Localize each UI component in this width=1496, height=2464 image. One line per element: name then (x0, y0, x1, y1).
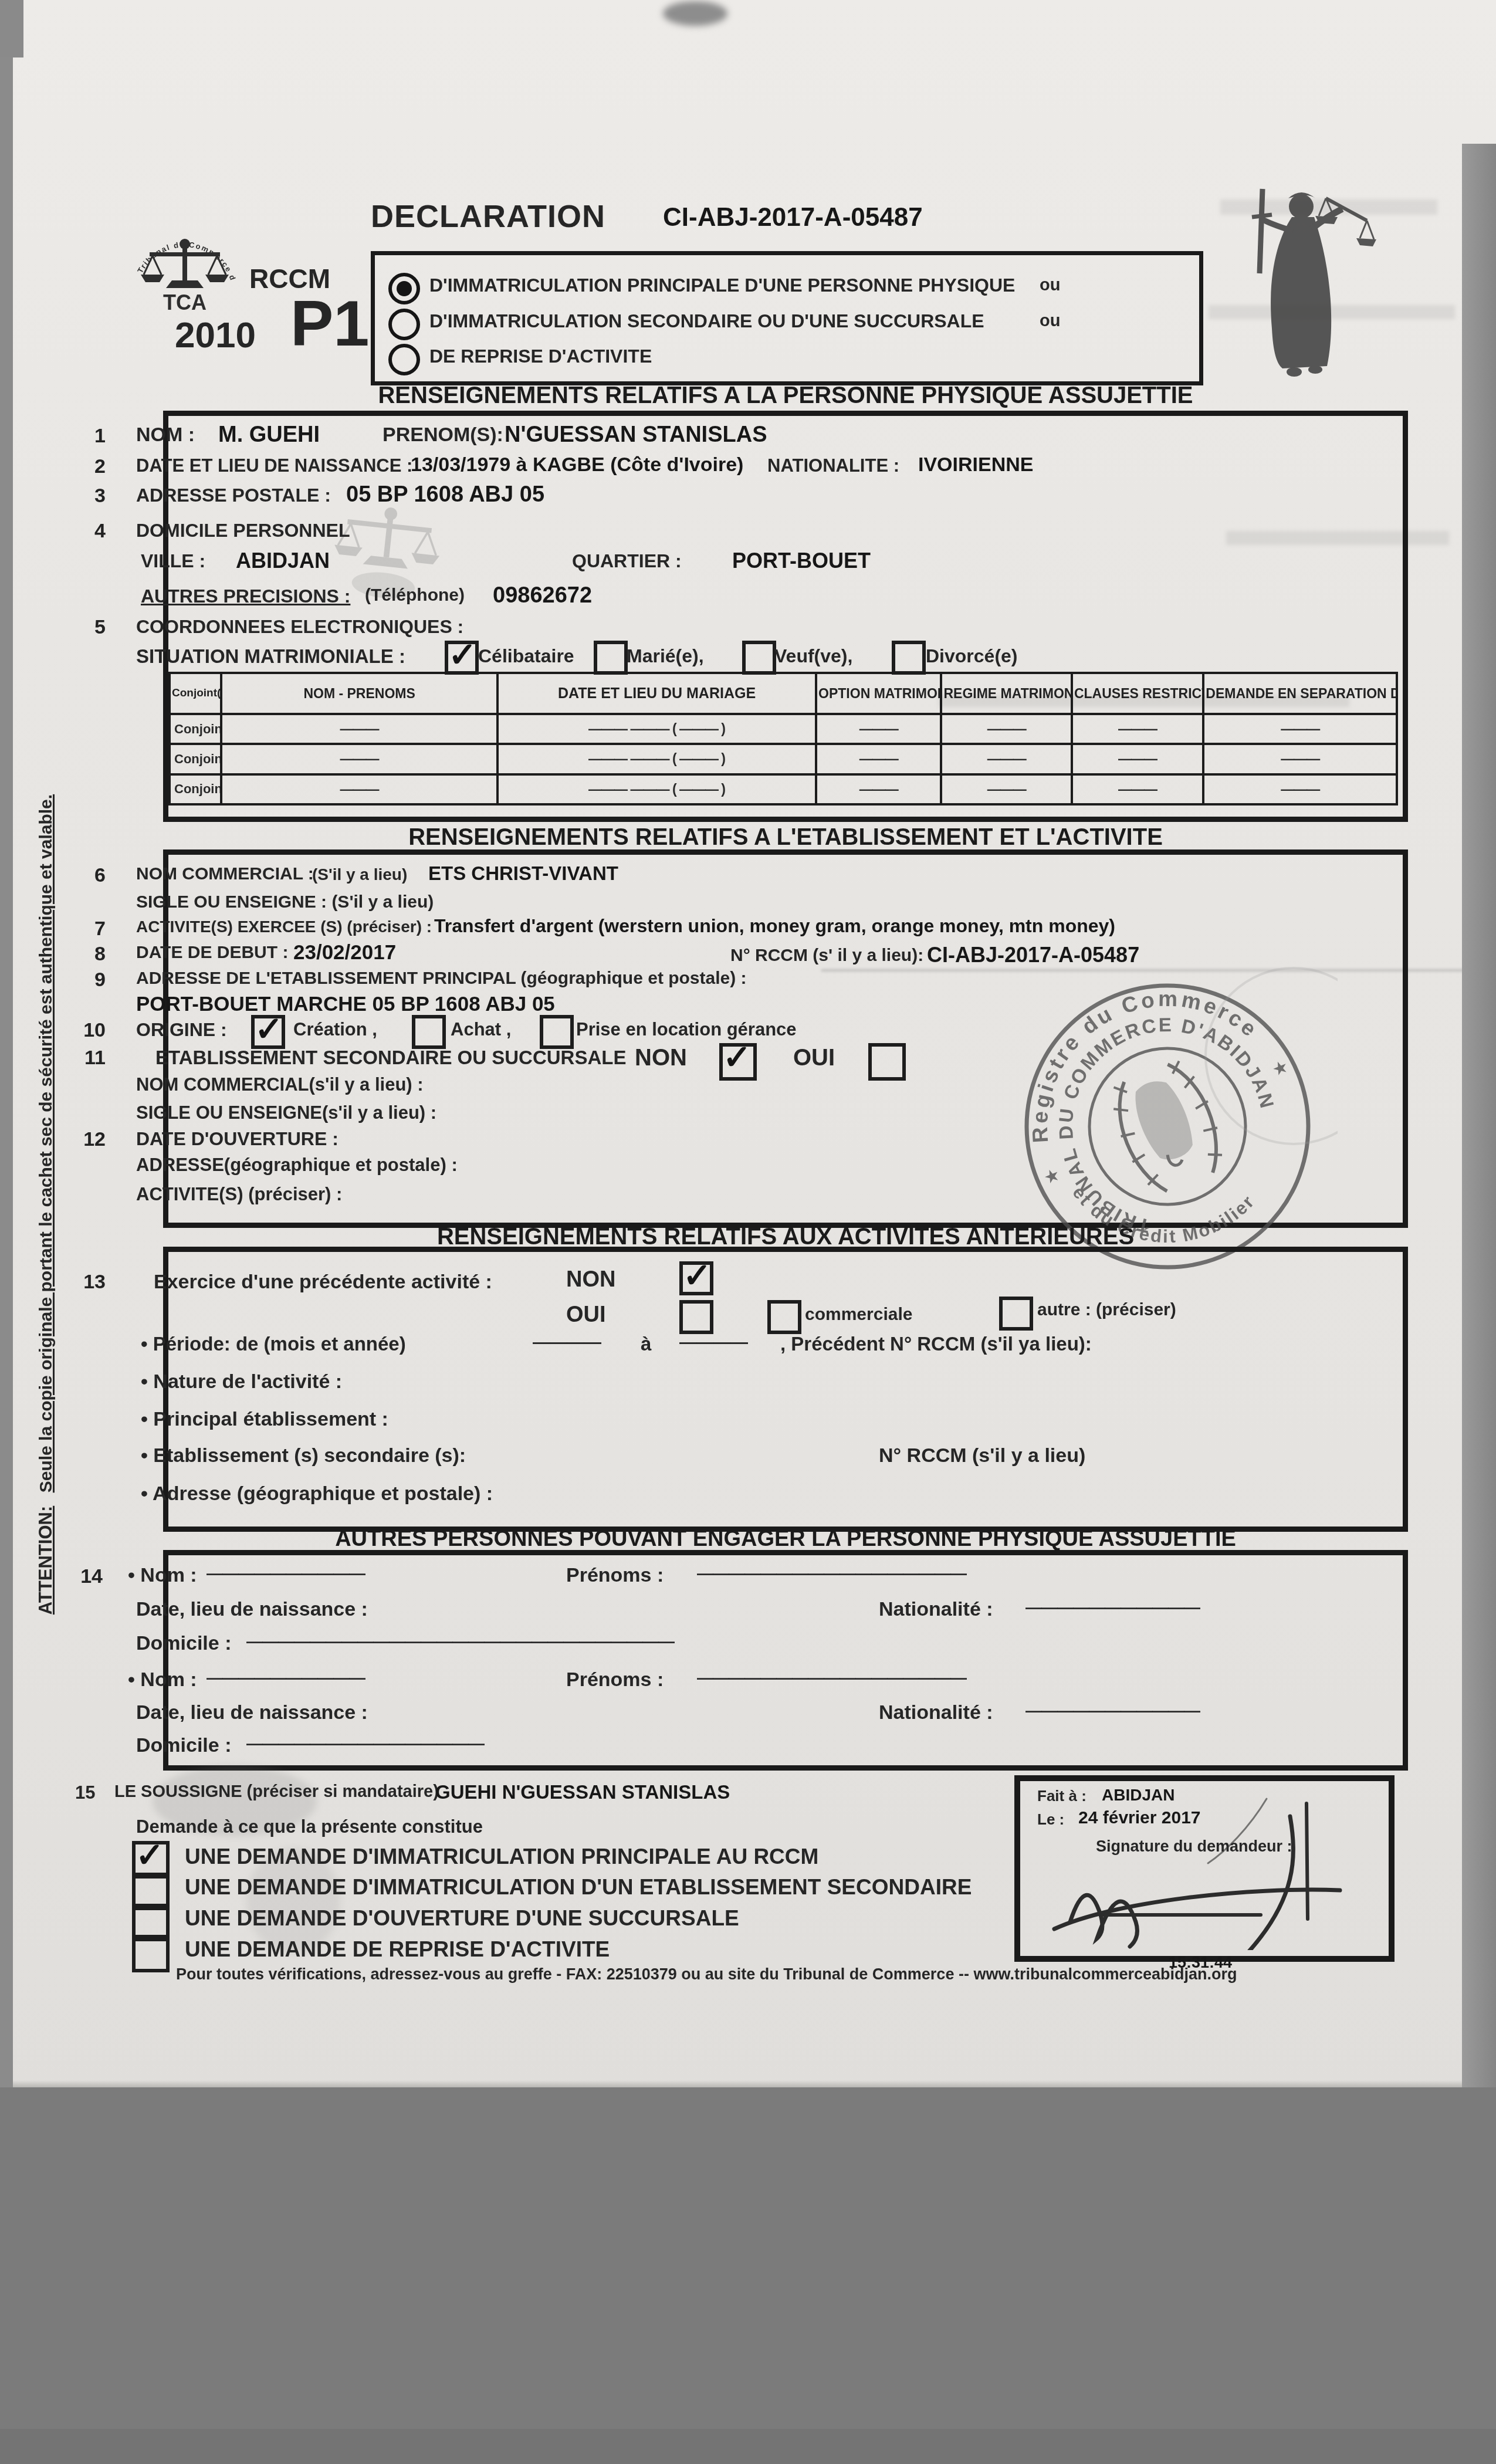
cell: ——— (221, 774, 497, 804)
checkbox-celibataire (445, 641, 479, 675)
cell: ——— (941, 744, 1071, 774)
checkbox-non-precedente (679, 1261, 713, 1295)
scanner-background-edge (0, 2429, 1496, 2464)
nom-commercial2-label: NOM COMMERCIAL(s'il y a lieu) : (136, 1074, 424, 1095)
cell: ——— (816, 744, 941, 774)
nationalite-value: IVOIRIENNE (918, 453, 1033, 476)
col-header: REGIME MATRIMONIAL (941, 673, 1071, 714)
soussigne-value: GUEHI N'GUESSAN STANISLAS (435, 1781, 730, 1803)
checkbox-divorce (892, 641, 926, 675)
quartier-label: QUARTIER : (572, 550, 682, 572)
lady-justice-icon (1226, 181, 1379, 380)
adresse2-label: ADRESSE(géographique et postale) : (136, 1155, 458, 1176)
attention-prefix: ATTENTION: (35, 1506, 56, 1615)
scanner-left-strip (0, 56, 13, 2087)
tca-arc-text: Tribunal de Commerce d'Abidjan (126, 222, 238, 282)
marie-label: Marié(e), (627, 645, 704, 667)
divorce-label: Divorcé(e) (926, 645, 1018, 667)
nom-value: M. GUEHI (218, 422, 320, 448)
periode-label: • Période: de (mois et année) (141, 1333, 406, 1355)
col-header: CLAUSES RESTRICTIVES (1072, 673, 1203, 714)
nom-commercial-hint: (S'il y a lieu) (312, 865, 407, 884)
section2-title: RENSEIGNEMENTS RELATIFS A L'ETABLISSEMEN… (163, 824, 1408, 851)
rccm-year: 2010 (175, 314, 256, 356)
form-code-p1: P1 (290, 286, 370, 361)
tca-text: TCA (163, 290, 207, 314)
adresse-postale-value: 05 BP 1608 ABJ 05 (346, 482, 544, 507)
adresse-geo-label: • Adresse (géographique et postale) : (141, 1483, 493, 1505)
field-number-2: 2 (65, 455, 106, 478)
demande-succursale-label: UNE DEMANDE D'OUVERTURE D'UNE SUCCURSALE (185, 1906, 739, 1931)
domicile-personnel-label: DOMICILE PERSONNEL (136, 520, 350, 541)
veuf-label: Veuf(ve), (774, 645, 852, 667)
cell: ——— (221, 744, 497, 774)
table-row: Conjoint 3 ——— ——— ——— ( ——— ) ——— ——— —… (170, 774, 1397, 804)
autre-label: autre : (préciser) (1037, 1300, 1176, 1320)
precedent-rccm-label: , Précédent N° RCCM (s'il ya lieu): (780, 1333, 1092, 1355)
field-number-8: 8 (65, 943, 106, 966)
non-label: NON (635, 1045, 687, 1071)
activites2-label: ACTIVITE(S) (préciser) : (136, 1184, 342, 1205)
cell: ——— ——— ( ——— ) (497, 774, 816, 804)
demande-principale-label: UNE DEMANDE D'IMMATRICULATION PRINCIPALE… (185, 1844, 818, 1869)
cell: ——— (816, 774, 941, 804)
rccm-lieu-label: N° RCCM (s'il y a lieu) (879, 1444, 1085, 1467)
demande-secondaire-label: UNE DEMANDE D'IMMATRICULATION D'UN ETABL… (185, 1875, 972, 1900)
adresse-etablissement-label: ADRESSE DE L'ETABLISSEMENT PRINCIPAL (gé… (136, 969, 747, 989)
prenom-value: N'GUESSAN STANISLAS (505, 422, 767, 448)
date-debut-label: DATE DE DEBUT : (136, 943, 288, 963)
field-number-10: 10 (65, 1019, 106, 1042)
radio-suffix: ou (1040, 312, 1060, 331)
cell: ——— (816, 714, 941, 744)
periode-dash1: ———— (533, 1333, 601, 1353)
numero-rccm-label: N° RCCM (s' il y a lieu): (730, 946, 923, 966)
cell: Conjoint 1 (170, 714, 221, 744)
domicile2-dashes: ——————————————— (246, 1734, 484, 1753)
cell: Conjoint 2 (170, 744, 221, 774)
checkbox-demande-reprise (132, 1935, 170, 1972)
field-number-4: 4 (65, 520, 106, 543)
commerciale-label: commerciale (805, 1305, 912, 1325)
cell: ——— (941, 714, 1071, 744)
checkbox-non (719, 1043, 757, 1081)
radio-reprise-activite (388, 344, 420, 375)
cell: ——— (1203, 714, 1397, 744)
scanner-corner-block (0, 0, 23, 57)
nom2-dashes: —————————— (207, 1668, 365, 1687)
cell: ——— (1072, 774, 1203, 804)
domicile-dashes: ——————————————————————————— (246, 1632, 674, 1651)
field-number-11: 11 (65, 1047, 106, 1069)
checkbox-commerciale (767, 1300, 801, 1334)
quartier-value: PORT-BOUET (732, 549, 871, 573)
oui-label: OUI (793, 1045, 835, 1071)
nationalite2-dashes: ——————————— (1025, 1701, 1200, 1720)
celibataire-label: Célibataire (478, 645, 574, 667)
nom-dashes: —————————— (207, 1564, 365, 1583)
checkbox-oui (868, 1043, 906, 1081)
checkbox-creation (251, 1015, 285, 1049)
radio-immatriculation-principale (388, 273, 420, 304)
activites-value: Transfert d'argent (werstern union, mone… (434, 915, 1115, 937)
domicile2-label: Domicile : (136, 1734, 231, 1757)
prenoms-label: Prénoms : (566, 1564, 664, 1587)
checkbox-achat (412, 1015, 446, 1049)
situation-matrimoniale-label: SITUATION MATRIMONIALE : (136, 645, 405, 668)
field-number-3: 3 (65, 485, 106, 507)
telephone-label: (Téléphone) (365, 585, 465, 605)
nationalite-label: Nationalité : (879, 1598, 993, 1621)
checkbox-autre (999, 1297, 1033, 1331)
naissance2-label: Date, lieu de naissance : (136, 1701, 368, 1724)
periode-dash2: ———— (679, 1333, 747, 1353)
cell: ——— ——— ( ——— ) (497, 744, 816, 774)
naissance-value: 13/03/1979 à KAGBE (Côte d'Ivoire) (411, 453, 743, 476)
stamp-star-left: ★ (1041, 1165, 1062, 1189)
signature-scribble (1014, 1775, 1383, 1950)
field-number-12: 12 (65, 1128, 106, 1151)
oui-label: OUI (566, 1302, 606, 1328)
document-title: DECLARATION (371, 198, 605, 235)
nom2-label: • Nom : (128, 1668, 197, 1691)
origine-label: ORIGINE : (136, 1019, 227, 1041)
field-number-15: 15 (75, 1782, 95, 1803)
nationalite-label: NATIONALITE : (767, 455, 899, 476)
field-number-1: 1 (65, 425, 106, 448)
prenoms2-dashes: ————————————————— (697, 1668, 966, 1687)
naissance-label: Date, lieu de naissance : (136, 1598, 368, 1621)
demande-reprise-label: UNE DEMANDE DE REPRISE D'ACTIVITE (185, 1937, 610, 1962)
stamp-star-right: ★ (1270, 1057, 1291, 1081)
page-bottom-shadow (0, 2080, 1496, 2087)
field-number-14: 14 (62, 1565, 103, 1588)
cell: Conjoint 3 (170, 774, 221, 804)
date-ouverture-label: DATE D'OUVERTURE : (136, 1128, 339, 1150)
field-number-5: 5 (65, 616, 106, 639)
nom-commercial-value: ETS CHRIST-VIVANT (428, 862, 618, 885)
ville-label: VILLE : (141, 550, 205, 572)
coordonnees-label: COORDONNEES ELECTRONIQUES : (136, 616, 463, 638)
table-row: Conjoint 1 ——— ——— ——— ( ——— ) ——— ——— —… (170, 714, 1397, 744)
conjoints-table: Conjoint(s) NOM - PRENOMS DATE ET LIEU D… (168, 672, 1398, 805)
location-gerance-label: Prise en location gérance (576, 1019, 797, 1040)
nom-label: • Nom : (128, 1564, 197, 1587)
prenoms-dashes: ————————————————— (697, 1564, 966, 1583)
nationalite2-label: Nationalité : (879, 1701, 993, 1724)
field-number-6: 6 (65, 864, 106, 887)
cell: ——— (1203, 774, 1397, 804)
declaration-number: CI-ABJ-2017-A-05487 (663, 203, 923, 232)
radio-label: DE REPRISE D'ACTIVITE (429, 346, 652, 367)
adresse-postale-label: ADRESSE POSTALE : (136, 485, 331, 506)
principal-etablissement-label: • Principal établissement : (141, 1408, 388, 1431)
domicile-label: Domicile : (136, 1632, 231, 1655)
etablissement-secondaire-label: • Etablissement (s) secondaire (s): (141, 1444, 466, 1467)
col-header: NOM - PRENOMS (221, 673, 497, 714)
field-number-13: 13 (65, 1271, 106, 1294)
checkbox-marie (594, 641, 628, 675)
checkbox-location-gerance (540, 1015, 574, 1049)
cell: ——— (221, 714, 497, 744)
side-attention-note: ATTENTION: Seule la copie originale port… (35, 764, 56, 1644)
svg-text:Tribunal de Commerce d'Abidjan: Tribunal de Commerce d'Abidjan (126, 222, 238, 282)
radio-label: D'IMMATRICULATION SECONDAIRE OU D'UNE SU… (429, 310, 984, 332)
non-label: NON (566, 1267, 615, 1292)
section1-title: RENSEIGNEMENTS RELATIFS A LA PERSONNE PH… (163, 383, 1408, 409)
col-header: OPTION MATRIMONIALE (816, 673, 941, 714)
demande-intro: Demande à ce que la présente constitue (136, 1816, 483, 1837)
scan-smudge (663, 1, 727, 26)
stamp-elephant-emblem (1127, 1074, 1200, 1166)
col-header: DEMANDE EN SEPARATION DE BIENS (1203, 673, 1397, 714)
prenoms2-label: Prénoms : (566, 1668, 664, 1691)
telephone-value: 09862672 (493, 583, 592, 608)
autres-precisions-label: AUTRES PRECISIONS : (141, 585, 350, 607)
nature-activite-label: • Nature de l'activité : (141, 1370, 342, 1393)
cell: ——— (1072, 744, 1203, 774)
cell: ——— ——— ( ——— ) (497, 714, 816, 744)
radio-label: D'IMMATRICULATION PRINCIPALE D'UNE PERSO… (429, 275, 1015, 296)
naissance-label: DATE ET LIEU DE NAISSANCE : (136, 455, 412, 476)
adresse-etablissement-value: PORT-BOUET MARCHE 05 BP 1608 ABJ 05 (136, 993, 555, 1016)
radio-immatriculation-secondaire (388, 309, 420, 340)
checkbox-veuf (742, 641, 776, 675)
activites-label: ACTIVITE(S) EXERCEE (S) (préciser) : (136, 918, 432, 936)
nationalite-dashes: ——————————— (1025, 1598, 1200, 1617)
tca-scales-logo: Tribunal de Commerce d'Abidjan TCA (126, 222, 243, 324)
sigle-enseigne-label: SIGLE OU ENSEIGNE : (S'il y a lieu) (136, 892, 434, 912)
prenom-label: PRENOM(S): (383, 424, 503, 446)
ville-value: ABIDJAN (236, 549, 330, 573)
table-row: Conjoint 2 ——— ——— ——— ( ——— ) ——— ——— —… (170, 744, 1397, 774)
field-number-9: 9 (65, 969, 106, 991)
scanner-background (0, 2087, 1496, 2464)
cell: ——— (941, 774, 1071, 804)
scanner-right-strip (1462, 144, 1496, 2087)
precedente-activite-label: Exercice d'une précédente activité : (154, 1271, 492, 1294)
soussigne-label: LE SOUSSIGNE (préciser si mandataire) (114, 1782, 439, 1802)
col-header: Conjoint(s) (170, 673, 221, 714)
nom-commercial-label: NOM COMMERCIAL : (136, 864, 314, 884)
scanned-declaration-form: DECLARATION CI-ABJ-2017-A-05487 Tribunal… (0, 0, 1496, 2464)
sigle-enseigne2-label: SIGLE OU ENSEIGNE(s'il y a lieu) : (136, 1102, 436, 1123)
cell: ——— (1072, 714, 1203, 744)
date-debut-value: 23/02/2017 (293, 941, 396, 964)
checkbox-oui-precedente (679, 1300, 713, 1334)
footer-verification-note: Pour toutes vérifications, adressez-vous… (176, 1965, 1237, 1984)
nom-label: NOM : (136, 424, 195, 446)
etablissement-secondaire-label: ETABLISSEMENT SECONDAIRE OU SUCCURSALE (155, 1047, 626, 1069)
radio-suffix: ou (1040, 276, 1060, 295)
cell: ——— (1203, 744, 1397, 774)
attention-text: Seule la copie originale portant le cach… (36, 794, 56, 1492)
field-number-7: 7 (65, 918, 106, 940)
section4-title: AUTRES PERSONNES POUVANT ENGAGER LA PERS… (163, 1527, 1408, 1552)
creation-label: Création , (293, 1019, 377, 1040)
achat-label: Achat , (451, 1019, 511, 1040)
periode-a: à (641, 1333, 651, 1355)
col-header: DATE ET LIEU DU MARIAGE (497, 673, 816, 714)
